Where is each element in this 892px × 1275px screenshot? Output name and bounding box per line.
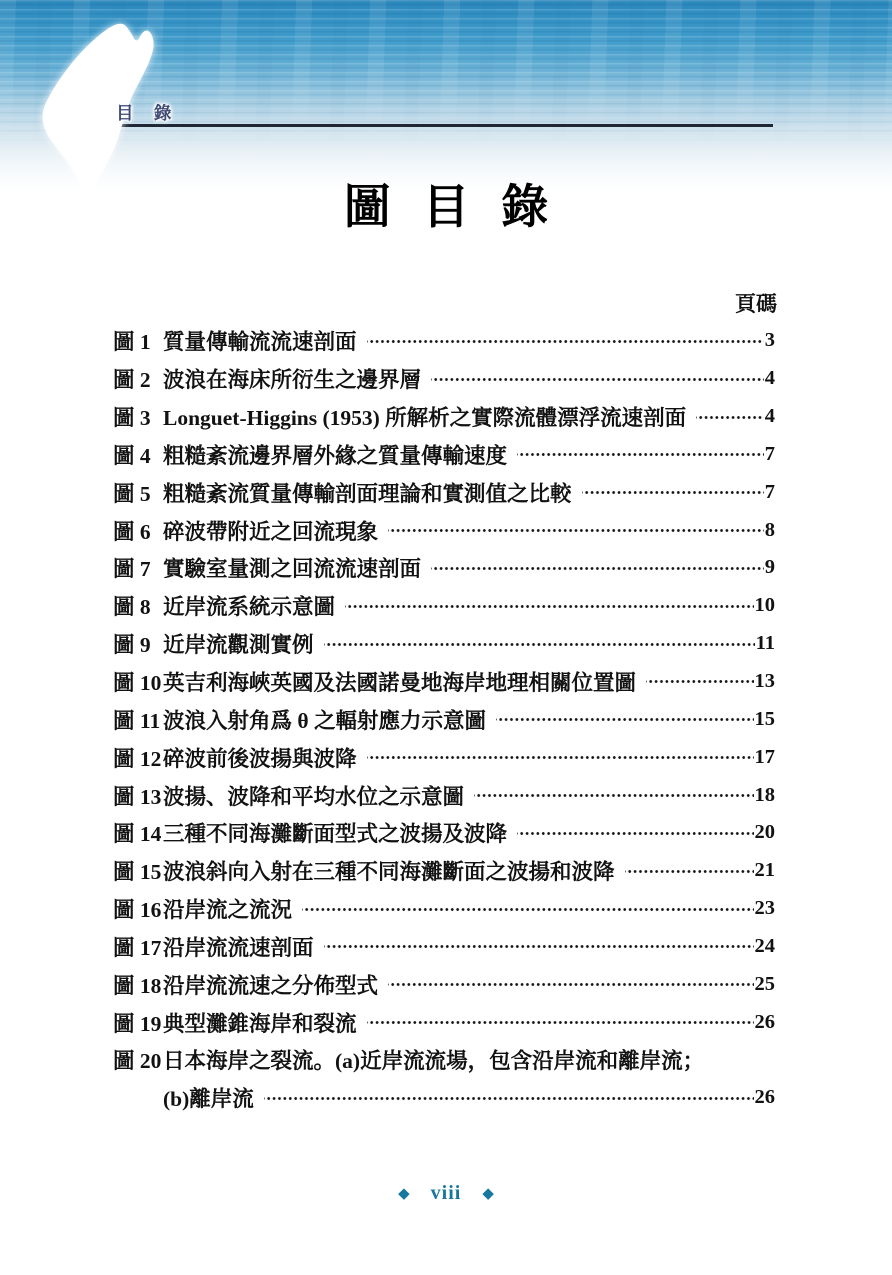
page-footer: ◆viii◆: [0, 1181, 892, 1207]
figure-label: 圖 13: [113, 780, 163, 811]
figure-title: 近岸流系統示意圖: [163, 590, 335, 621]
page-number: 4: [765, 367, 775, 390]
toc-entry-row: 圖 20 日本海岸之裂流。(a)近岸流流場，包含沿岸流和離岸流；: [113, 1041, 775, 1079]
figure-title: 粗糙紊流質量傳輸剖面理論和實測值之比較: [163, 477, 572, 508]
toc-entry-row: 圖 17 沿岸流流速剖面 24: [113, 928, 775, 966]
dot-leader: [324, 928, 754, 966]
figure-label: 圖 18: [113, 969, 163, 1000]
dot-leader: [696, 398, 764, 436]
figure-title: 三種不同海灘斷面型式之波揚及波降: [163, 817, 507, 848]
dot-leader: [625, 852, 754, 890]
figure-title: 沿岸流流速剖面: [163, 931, 314, 962]
page-number: 3: [765, 329, 775, 352]
figure-label: 圖 11: [113, 704, 163, 735]
figure-title: 實驗室量測之回流流速剖面: [163, 552, 421, 583]
figure-label: 圖 16: [113, 893, 163, 924]
page-number: 4: [765, 405, 775, 428]
page-number: 13: [755, 670, 776, 693]
figure-label: 圖 3: [113, 401, 163, 432]
figure-title: 質量傳輸流流速剖面: [163, 325, 357, 356]
figure-title: 日本海岸之裂流。(a)近岸流流場，包含沿岸流和離岸流；: [163, 1044, 704, 1075]
page-code-column-label: 頁碼: [735, 288, 777, 318]
figure-label: 圖 19: [113, 1007, 163, 1038]
page-number: 8: [765, 519, 775, 542]
toc-entry-row: 圖 13 波揚、波降和平均水位之示意圖 18: [113, 776, 775, 814]
toc-entry-row: 圖 5 粗糙紊流質量傳輸剖面理論和實測值之比較 7: [113, 473, 775, 511]
toc-entry-row: 圖 12 碎波前後波揚與波降 17: [113, 738, 775, 776]
toc-entry-row: (b)離岸流 26: [113, 1079, 775, 1117]
figure-label: 圖 17: [113, 931, 163, 962]
figure-label: 圖 5: [113, 477, 163, 508]
toc-entry-row: 圖 3 Longuet-Higgins (1953) 所解析之實際流體漂浮流速剖…: [113, 398, 775, 436]
toc-entry-row: 圖 2 波浪在海床所衍生之邊界層 4: [113, 360, 775, 398]
toc-entry-row: 圖 18 沿岸流流速之分佈型式 25: [113, 965, 775, 1003]
dot-leader: [302, 890, 753, 928]
dot-leader: [517, 814, 753, 852]
page-number: 18: [755, 784, 776, 807]
figure-label: 圖 14: [113, 817, 163, 848]
figure-title: 近岸流觀測實例: [163, 628, 314, 659]
figure-title: 波浪斜向入射在三種不同海灘斷面之波揚和波降: [163, 855, 615, 886]
page-number: 10: [755, 594, 776, 617]
page-number: 24: [755, 935, 776, 958]
page-number: 23: [755, 897, 776, 920]
figure-label: 圖 1: [113, 325, 163, 356]
dot-leader: [582, 473, 764, 511]
toc-entry-row: 圖 19 典型灘錐海岸和裂流 26: [113, 1003, 775, 1041]
figure-title: 碎波帶附近之回流現象: [163, 515, 378, 546]
figure-title: 典型灘錐海岸和裂流: [163, 1007, 357, 1038]
figure-label: 圖 20: [113, 1044, 163, 1075]
figure-title: 波浪入射角爲 θ 之輻射應力示意圖: [163, 704, 486, 735]
page-number: 9: [765, 556, 775, 579]
page-number: 20: [755, 821, 776, 844]
dot-leader: [474, 776, 753, 814]
page-number: 11: [756, 632, 775, 655]
figure-title: 粗糙紊流邊界層外緣之質量傳輸速度: [163, 439, 507, 470]
dot-leader: [388, 511, 764, 549]
toc-entry-row: 圖 4 粗糙紊流邊界層外緣之質量傳輸速度 7: [113, 436, 775, 474]
figure-label: 圖 6: [113, 515, 163, 546]
figure-label: 圖 10: [113, 666, 163, 697]
page-number: 17: [755, 746, 776, 769]
figure-label: 圖 15: [113, 855, 163, 886]
toc-entry-row: 圖 1 質量傳輸流流速剖面 3: [113, 322, 775, 360]
footer-page-number: viii: [431, 1182, 462, 1204]
figure-label: 圖 7: [113, 552, 163, 583]
toc-entry-row: 圖 15 波浪斜向入射在三種不同海灘斷面之波揚和波降 21: [113, 852, 775, 890]
page-number: 7: [765, 481, 775, 504]
dot-leader: [431, 549, 764, 587]
dot-leader: [517, 436, 764, 474]
figure-label: 圖 12: [113, 742, 163, 773]
figure-label: 圖 4: [113, 439, 163, 470]
dot-leader: [264, 1079, 754, 1117]
diamond-icon: ◆: [398, 1186, 410, 1202]
dot-leader: [646, 663, 753, 701]
dot-leader: [496, 700, 754, 738]
toc-entry-row: 圖 16 沿岸流之流況 23: [113, 890, 775, 928]
figure-label: 圖 2: [113, 363, 163, 394]
dot-leader: [324, 625, 755, 663]
dot-leader: [345, 587, 753, 625]
figure-title: 沿岸流之流況: [163, 893, 292, 924]
page-number: 26: [755, 1011, 776, 1034]
toc-entry-row: 圖 6 碎波帶附近之回流現象 8: [113, 511, 775, 549]
page-number: 26: [755, 1086, 776, 1109]
dot-leader: [431, 360, 764, 398]
toc-entry-row: 圖 10 英吉利海峽英國及法國諾曼地海岸地理相關位置圖 13: [113, 663, 775, 701]
dot-leader: [388, 965, 753, 1003]
figure-title: (b)離岸流: [163, 1082, 254, 1113]
figure-title: Longuet-Higgins (1953) 所解析之實際流體漂浮流速剖面: [163, 401, 686, 432]
running-header-title: 目 錄: [116, 100, 179, 125]
toc-entry-row: 圖 9 近岸流觀測實例 11: [113, 625, 775, 663]
page-number: 21: [755, 859, 776, 882]
figure-title: 沿岸流流速之分佈型式: [163, 969, 378, 1000]
dot-leader: [367, 1003, 754, 1041]
figure-title: 波揚、波降和平均水位之示意圖: [163, 780, 464, 811]
toc-entry-row: 圖 8 近岸流系統示意圖 10: [113, 587, 775, 625]
toc-list: 圖 1 質量傳輸流流速剖面 3 圖 2 波浪在海床所衍生之邊界層 4 圖 3 L…: [113, 322, 775, 1117]
figure-label: 圖 9: [113, 628, 163, 659]
dot-leader: [367, 738, 754, 776]
figure-title: 英吉利海峽英國及法國諾曼地海岸地理相關位置圖: [163, 666, 636, 697]
page-number: 15: [755, 708, 776, 731]
figure-title: 碎波前後波揚與波降: [163, 742, 357, 773]
toc-entry-row: 圖 11 波浪入射角爲 θ 之輻射應力示意圖 15: [113, 700, 775, 738]
toc-entry-row: 圖 14 三種不同海灘斷面型式之波揚及波降 20: [113, 814, 775, 852]
page-number: 7: [765, 443, 775, 466]
toc-entry-row: 圖 7 實驗室量測之回流流速剖面 9: [113, 549, 775, 587]
dot-leader: [367, 322, 764, 360]
figure-title: 波浪在海床所衍生之邊界層: [163, 363, 421, 394]
header-divider-rule: [100, 124, 773, 127]
page-number: 25: [755, 973, 776, 996]
figure-label: 圖 8: [113, 590, 163, 621]
diamond-icon: ◆: [482, 1186, 494, 1202]
